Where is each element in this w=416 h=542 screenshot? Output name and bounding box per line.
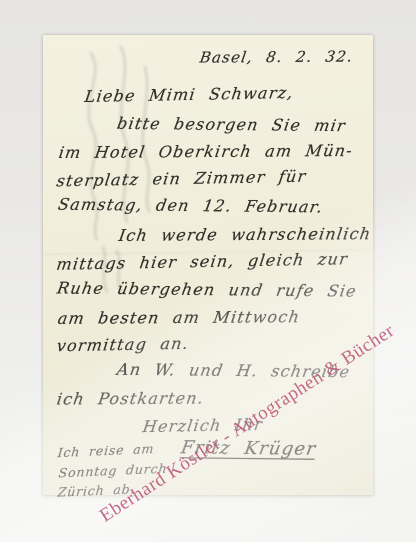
postscript-line: Ich reise am [57,441,155,460]
handwritten-line: vormittag an. [55,334,190,357]
handwritten-line: ich Postkarten. [55,388,205,409]
handwritten-line: Ich werde wahrscheinlich [117,224,372,246]
handwritten-line: Ruhe übergehen und rufe Sie [56,278,359,301]
handwritten-line: sterplatz ein Zimmer für [55,167,308,192]
handwritten-line: Samstag, den 12. Februar. [57,195,325,218]
letter-salutation: Liebe Mimi Schwarz, [83,83,295,107]
handwritten-line: im Hotel Oberkirch am Mün- [57,141,354,163]
handwritten-line: am besten am Mittwoch [56,307,301,329]
handwritten-line: mittags hier sein, gleich zur [55,249,349,275]
letter-dateline: Basel, 8. 2. 32. [198,46,354,67]
letter-scan: Basel, 8. 2. 32. Liebe Mimi Schwarz, bit… [0,0,416,542]
handwritten-line: bitte besorgen Sie mir [116,114,348,136]
letter-page: Basel, 8. 2. 32. Liebe Mimi Schwarz, bit… [43,35,373,495]
